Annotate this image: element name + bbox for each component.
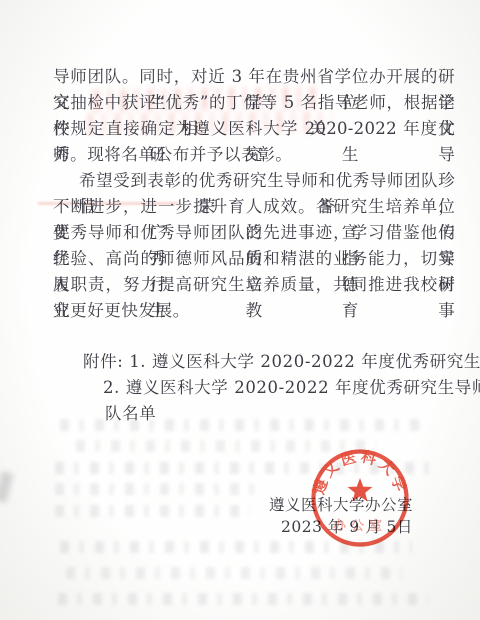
scanned-document-page: 导师团队。同时，对近 3 年在贵州省学位办开展的研究生学位论 文抽检中获评“优秀… (0, 0, 480, 620)
body-line: 经验、高尚的师德师风品质和精湛的业务能力，切实履行立德树 (53, 246, 455, 272)
attachment-list: 附件: 1. 遵义医科大学 2020-2022 年度优秀研究生导师名单 2. 遵… (53, 349, 458, 427)
grey-bleed-row (60, 419, 420, 431)
attachment-line: 附件: 1. 遵义医科大学 2020-2022 年度优秀研究生导师名单 (83, 349, 458, 375)
body-line: 件规定直接确定为遵义医科大学 2020-2022 年度优秀研究生导 (53, 116, 455, 142)
grey-bleed-row (58, 593, 428, 605)
body-line: 导师团队。同时，对近 3 年在贵州省学位办开展的研究生学位论 (53, 64, 455, 90)
grey-bleed-row (55, 505, 250, 517)
attachment-line: 2. 遵义医科大学 2020-2022 年度优秀研究生导师团 (103, 375, 458, 401)
official-seal: 遵义医科大学 办公室 (308, 446, 412, 550)
seal-office-text: 办公室 (333, 518, 387, 534)
scan-smudge (0, 471, 13, 503)
body-line: 人职责，努力提高研究生培养质量，共同推进我校研究生教育事 (53, 272, 455, 298)
body-line: 优秀导师和优秀导师团队的先进事迹，学习借鉴他们优秀的指导 (53, 220, 455, 246)
body-line: 希望受到表彰的优秀研究生导师和优秀导师团队珍惜荣誉， (53, 168, 455, 194)
grey-bleed-row (66, 567, 402, 579)
body-line: 不断进步，进一步提升育人成效。各研究生培养单位要广泛宣传 (53, 194, 455, 220)
seal-star-icon (348, 478, 373, 502)
grey-bleed-row (55, 483, 255, 495)
document-body: 导师团队。同时，对近 3 年在贵州省学位办开展的研究生学位论 文抽检中获评“优秀… (53, 64, 455, 324)
body-line: 文抽检中获评“优秀”的丁侃等 5 名指导老师，根据学校相关文 (53, 90, 455, 116)
